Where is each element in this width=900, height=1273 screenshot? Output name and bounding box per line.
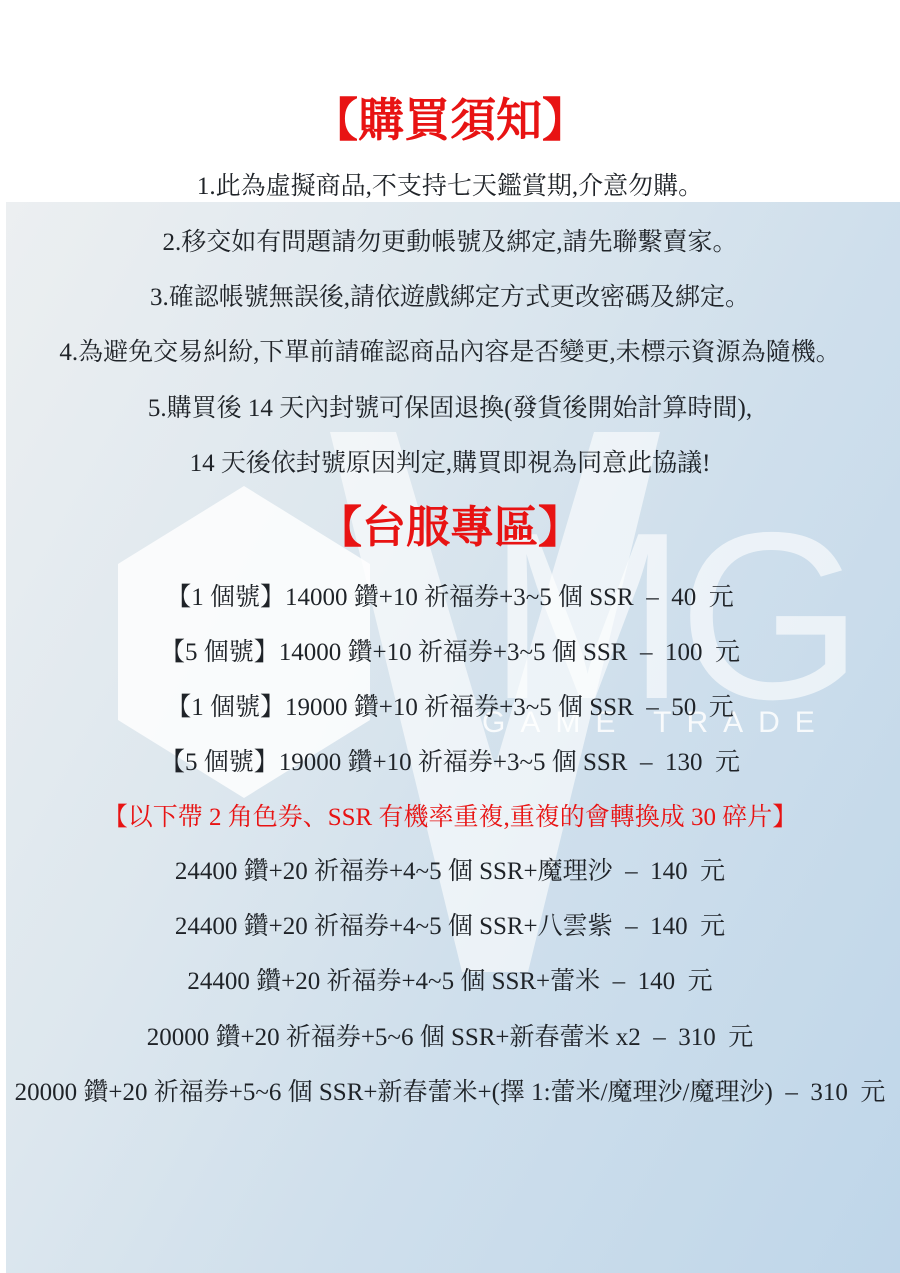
product-line: 24400 鑽+20 祈福券+4~5 個 SSR+蕾米 – 140 元	[0, 967, 900, 997]
purchase-notice-title: 【購買須知】	[0, 92, 900, 150]
notice-line-3: 3.確認帳號無誤後,請依遊戲綁定方式更改密碼及綁定。	[0, 283, 900, 313]
product-line: 24400 鑽+20 祈福券+4~5 個 SSR+魔理沙 – 140 元	[0, 857, 900, 887]
notice-line-2: 2.移交如有問題請勿更動帳號及綁定,請先聯繫賣家。	[0, 228, 900, 258]
product-line: 【5 個號】19000 鑽+10 祈福券+3~5 個 SSR – 130 元	[0, 748, 900, 778]
notice-line-1: 1.此為虛擬商品,不支持七天鑑賞期,介意勿購。	[0, 172, 900, 202]
notice-line-5-cont: 14 天後依封號原因判定,購買即視為同意此協議!	[0, 449, 900, 479]
listing-notice-image: MG GAME TRADE 【購買須知】 1.此為虛擬商品,不支持七天鑑賞期,介…	[0, 0, 900, 1273]
product-line: 【1 個號】14000 鑽+10 祈福券+3~5 個 SSR – 40 元	[0, 583, 900, 613]
notice-line-5: 5.購買後 14 天內封號可保固退換(發貨後開始計算時間),	[0, 394, 900, 424]
product-line: 24400 鑽+20 祈福券+4~5 個 SSR+八雲紫 – 140 元	[0, 912, 900, 942]
product-line: 20000 鑽+20 祈福券+5~6 個 SSR+新春蕾米+(擇 1:蕾米/魔理…	[0, 1078, 900, 1108]
taiwan-server-section-title: 【台服專區】	[0, 500, 900, 556]
duplicate-warning-note: 【以下帶 2 角色券、SSR 有機率重複,重複的會轉換成 30 碎片】	[0, 803, 900, 833]
product-line: 【1 個號】19000 鑽+10 祈福券+3~5 個 SSR – 50 元	[0, 693, 900, 723]
notice-line-4: 4.為避免交易糾紛,下單前請確認商品內容是否變更,未標示資源為隨機。	[0, 338, 900, 368]
product-line: 20000 鑽+20 祈福券+5~6 個 SSR+新春蕾米 x2 – 310 元	[0, 1023, 900, 1053]
content: 【購買須知】 1.此為虛擬商品,不支持七天鑑賞期,介意勿購。 2.移交如有問題請…	[0, 0, 900, 1273]
product-line: 【5 個號】14000 鑽+10 祈福券+3~5 個 SSR – 100 元	[0, 638, 900, 668]
